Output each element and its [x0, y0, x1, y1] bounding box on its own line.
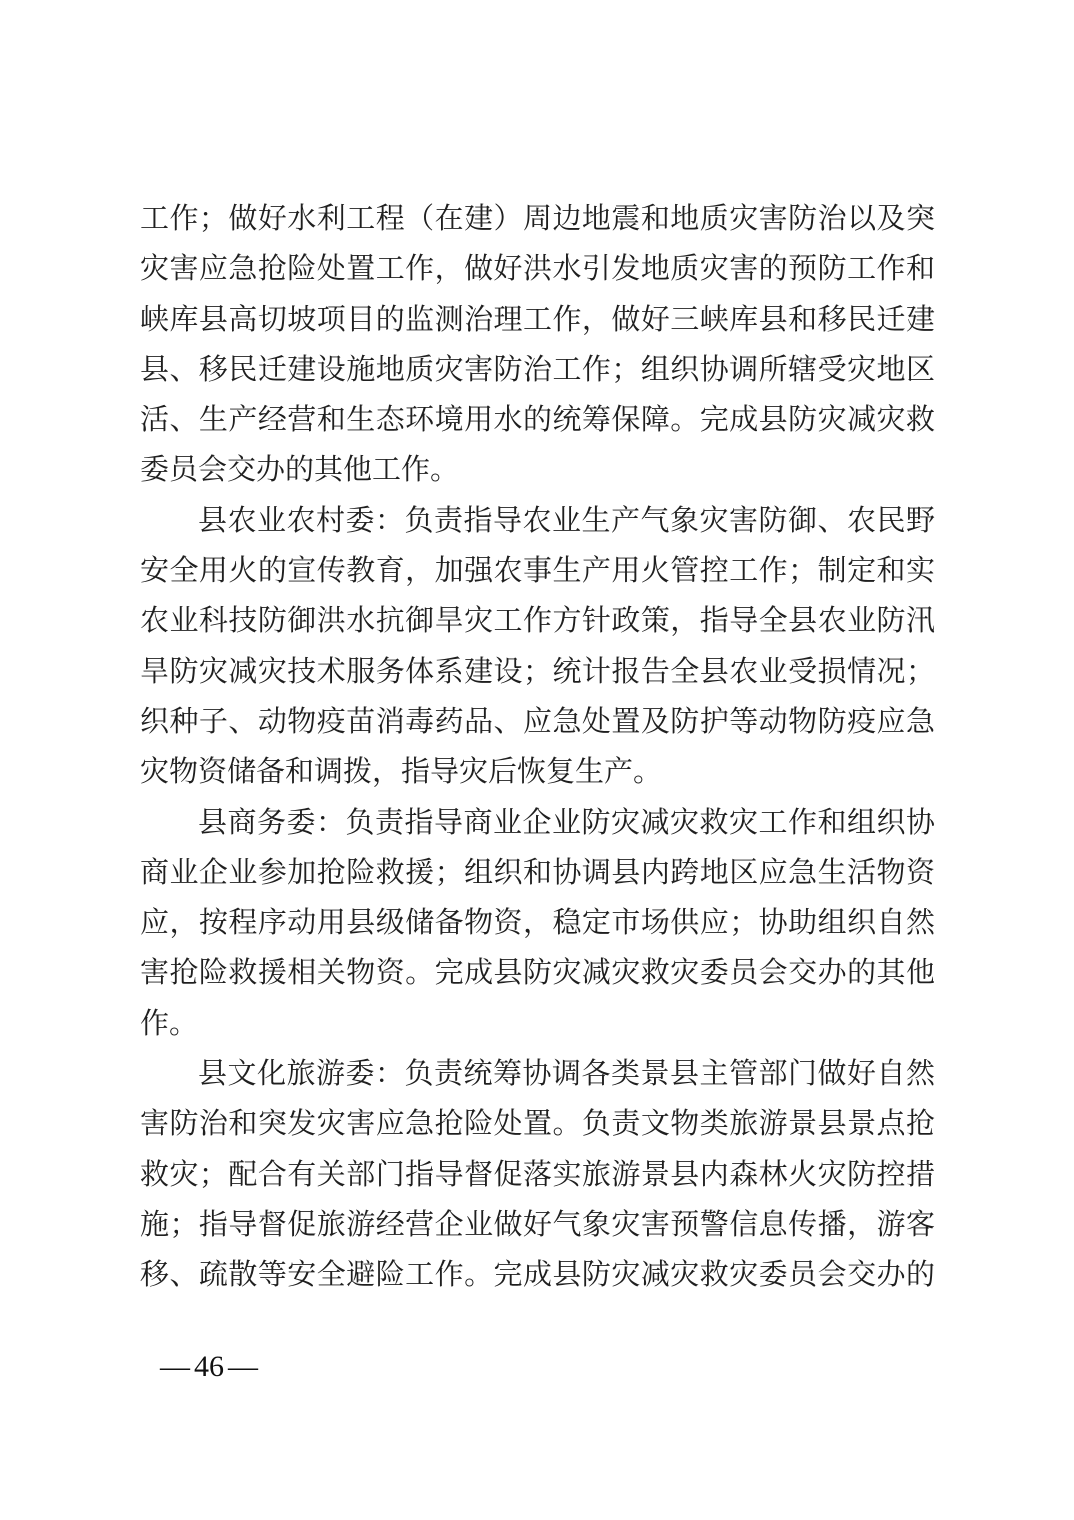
page-number: 46 — [194, 1350, 224, 1384]
text-line: 县农业农村委：负责指导农业生产气象灾害防御、农民野外 — [140, 496, 935, 546]
text-line: 农业科技防御洪水抗御旱灾工作方针政策，指导全县农业防汛抗 — [140, 596, 935, 646]
text-line: 工作；做好水利工程（在建）周边地震和地质灾害防治以及突发 — [140, 194, 935, 244]
text-line: 害防治和突发灾害应急抢险处置。负责文物类旅游景县景点抢险 — [140, 1099, 935, 1149]
text-line: 旱防灾减灾技术服务体系建设；统计报告全县农业受损情况；组 — [140, 647, 935, 697]
text-line: 灾物资储备和调拨，指导灾后恢复生产。 — [140, 747, 935, 797]
text-line: 县、移民迁建设施地质灾害防治工作；组织协调所辖受灾地区生 — [140, 345, 935, 395]
page-footer: — 46 — — [160, 1350, 258, 1384]
text-line: 应，按程序动用县级储备物资，稳定市场供应；协助组织自然灾 — [140, 898, 935, 948]
text-line: 救灾；配合有关部门指导督促落实旅游景县内森林火灾防控措 — [140, 1150, 935, 1200]
text-line: 峡库县高切坡项目的监测治理工作，做好三峡库县和移民迁建 — [140, 295, 935, 345]
document-page: 工作；做好水利工程（在建）周边地震和地质灾害防治以及突发 灾害应急抢险处置工作，… — [0, 0, 1074, 1520]
document-body: 工作；做好水利工程（在建）周边地震和地质灾害防治以及突发 灾害应急抢险处置工作，… — [140, 194, 935, 1301]
text-line: 商业企业参加抢险救援；组织和协调县内跨地区应急生活物资供 — [140, 848, 935, 898]
text-line: 灾害应急抢险处置工作，做好洪水引发地质灾害的预防工作和三 — [140, 244, 935, 294]
text-line: 织种子、动物疫苗消毒药品、应急处置及防护等动物防疫应急救 — [140, 697, 935, 747]
text-line: 委员会交办的其他工作。 — [140, 445, 935, 495]
text-line: 县商务委：负责指导商业企业防灾减灾救灾工作和组织协调 — [140, 798, 935, 848]
text-line: 害抢险救援相关物资。完成县防灾减灾救灾委员会交办的其他工 — [140, 948, 935, 998]
text-line: 活、生产经营和生态环境用水的统筹保障。完成县防灾减灾救灾 — [140, 395, 935, 445]
text-line: 县文化旅游委：负责统筹协调各类景县主管部门做好自然灾 — [140, 1049, 935, 1099]
footer-dash-left: — — [160, 1350, 190, 1384]
footer-dash-right: — — [228, 1350, 258, 1384]
text-line: 安全用火的宣传教育，加强农事生产用火管控工作；制定和实施 — [140, 546, 935, 596]
text-line: 作。 — [140, 999, 935, 1049]
text-line: 施；指导督促旅游经营企业做好气象灾害预警信息传播，游客转 — [140, 1200, 935, 1250]
text-line: 移、疏散等安全避险工作。完成县防灾减灾救灾委员会交办的其 — [140, 1250, 935, 1300]
